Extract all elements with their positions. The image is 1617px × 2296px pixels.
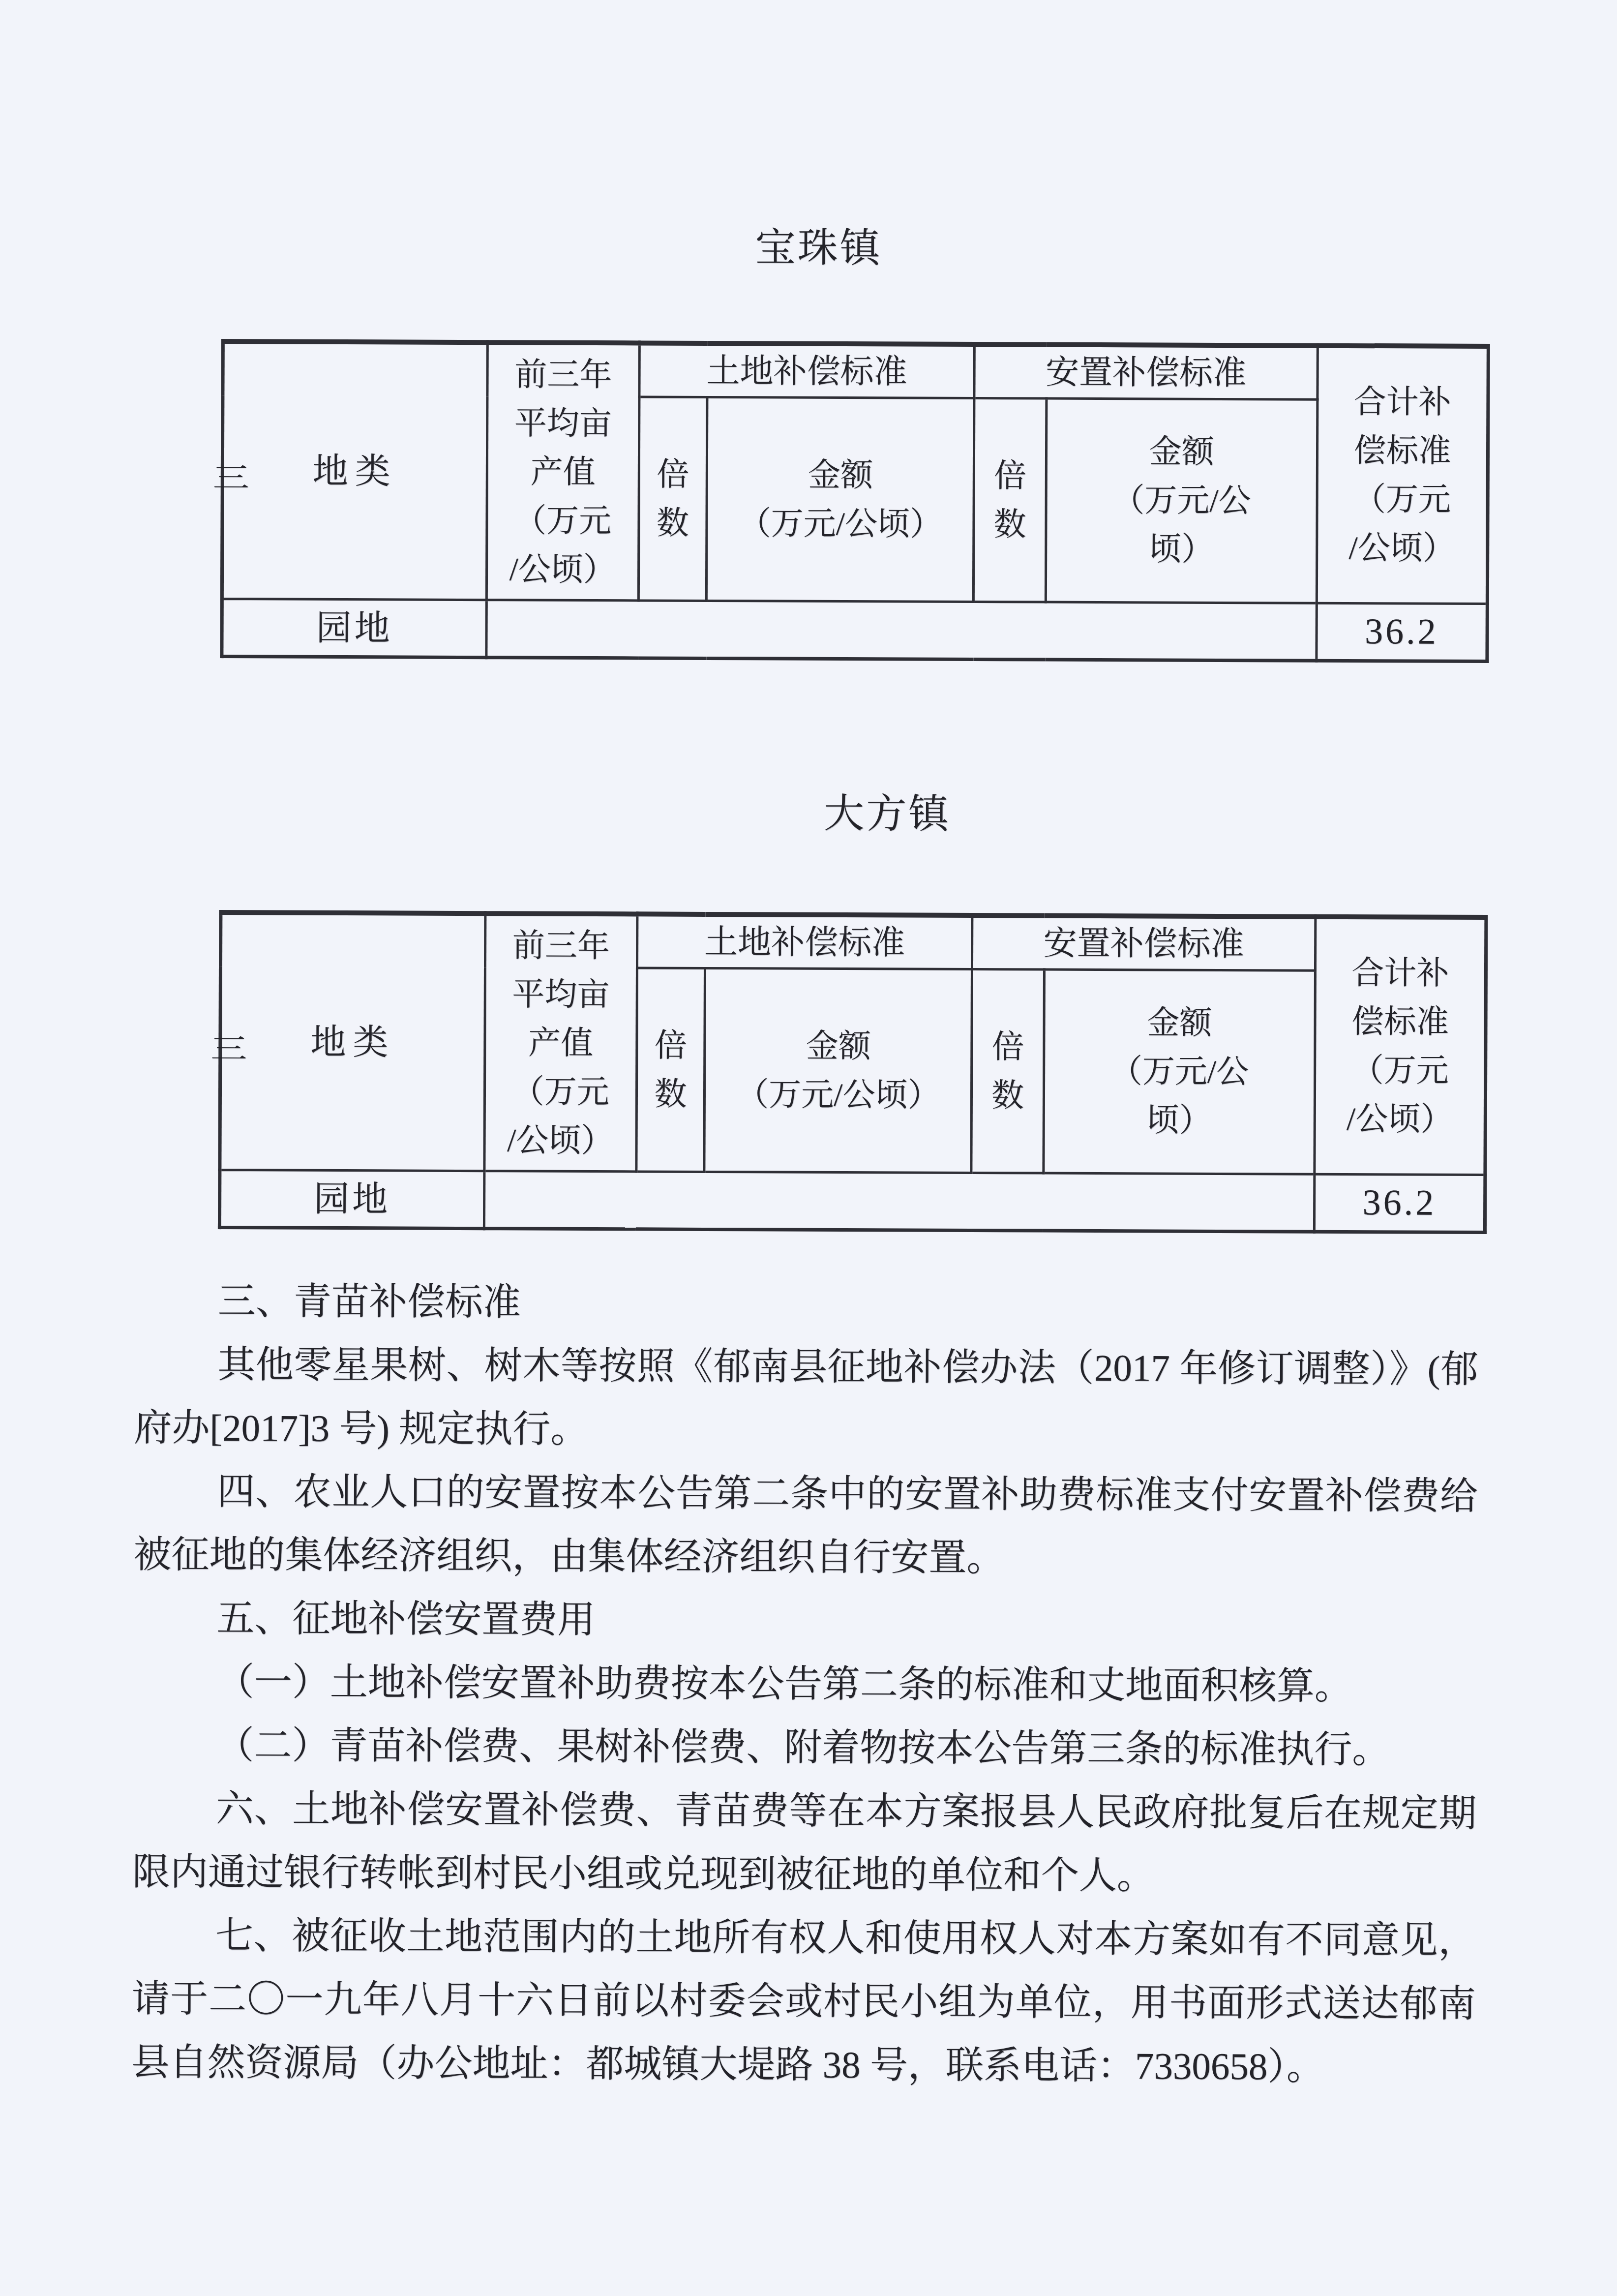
table-row-yuandi: 园地 36.2 — [219, 1170, 1485, 1233]
header-amount-land: 金额 （万元/公顷） — [707, 397, 974, 602]
header-land-type: 地类 — [222, 341, 487, 600]
header-multiplier-land: 倍 数 — [638, 397, 708, 601]
scanned-document-page: 宝珠镇 三 地类 前三年 平均亩 产值 （万元 /公顷） 土地补偿标准 安置补偿… — [0, 0, 1617, 2296]
compensation-table-baozhu: 地类 前三年 平均亩 产值 （万元 /公顷） 土地补偿标准 安置补偿标准 合计补… — [220, 339, 1490, 663]
text-line: 请于二〇一九年八月十六日前以村委会或村民小组为单位，用书面形式送达郁南 — [132, 1967, 1476, 2035]
header-multiplier-resettle: 倍 数 — [971, 969, 1044, 1173]
text-line: 六、土地补偿安置补偿费、青苗费等在本方案报县人民政府批复后在规定期 — [132, 1777, 1476, 1845]
town-title-dafang: 大方镇 — [0, 790, 1615, 837]
compensation-table-section-dafang: 三 地类 前三年 平均亩 产值 （万元 /公顷） 土地补偿标准 安置补偿标准 合… — [218, 910, 1488, 1234]
header-amount-resettle: 金额 （万元/公 顷） — [1046, 398, 1317, 603]
text-line: （一）土地补偿安置补助费按本公告第二条的标准和丈地面积核算。 — [133, 1650, 1477, 1718]
text-line: 三、青苗补偿标准 — [134, 1269, 1478, 1337]
cell-total-value: 36.2 — [1316, 603, 1487, 661]
text-line: 七、被征收土地范围内的土地所有权人和使用权人对本方案如有不同意见， — [132, 1903, 1476, 1972]
margin-note: 三 — [210, 1035, 247, 1063]
header-total-comp: 合计补 偿标准 （万元 /公顷） — [1317, 346, 1488, 604]
cell-land-type: 园地 — [222, 599, 486, 658]
header-total-comp: 合计补 偿标准 （万元 /公顷） — [1314, 917, 1486, 1175]
compensation-table-dafang: 地类 前三年 平均亩 产值 （万元 /公顷） 土地补偿标准 安置补偿标准 合计补… — [218, 910, 1488, 1234]
header-avg-yield: 前三年 平均亩 产值 （万元 /公顷） — [486, 342, 639, 601]
compensation-table-section-baozhu: 三 地类 前三年 平均亩 产值 （万元 /公顷） 土地补偿标准 安置补偿标准 合… — [220, 339, 1490, 663]
header-amount-land: 金额 （万元/公顷） — [704, 968, 972, 1173]
header-land-comp-group: 土地补偿标准 — [637, 914, 972, 969]
header-avg-yield: 前三年 平均亩 产值 （万元 /公顷） — [484, 913, 637, 1172]
town-title-baozhu: 宝珠镇 — [0, 225, 1617, 272]
text-line: 四、农业人口的安置按本公告第二条中的安置补助费标准支付安置补偿费给 — [134, 1459, 1478, 1528]
text-line: 县自然资源局（办公地址：都城镇大堤路 38 号，联系电话：7330658）。 — [131, 2030, 1475, 2099]
body-text: 三、青苗补偿标准 其他零星果树、树木等按照《郁南县征地补偿办法（2017 年修订… — [131, 1269, 1478, 2099]
text-line: 限内通过银行转帐到村民小组或兑现到被征地的单位和个人。 — [132, 1840, 1476, 1908]
text-line: 五、征地补偿安置费用 — [133, 1586, 1477, 1655]
text-line: 被征地的集体经济组织，由集体经济组织自行安置。 — [133, 1523, 1477, 1591]
text-line: （二）青苗补偿费、果树补偿费、附着物按本公告第三条的标准执行。 — [133, 1713, 1477, 1782]
header-resettle-comp-group: 安置补偿标准 — [972, 915, 1316, 970]
table-row-yuandi: 园地 36.2 — [222, 599, 1487, 662]
text-line: 其他零星果树、树木等按照《郁南县征地补偿办法（2017 年修订调整）》(郁 — [134, 1332, 1478, 1401]
cell-empty-middle — [484, 1171, 1314, 1232]
text-line: 府办[2017]3 号) 规定执行。 — [134, 1396, 1478, 1464]
margin-note: 三 — [213, 464, 249, 492]
header-land-comp-group: 土地补偿标准 — [639, 343, 974, 398]
header-resettle-comp-group: 安置补偿标准 — [974, 344, 1318, 399]
cell-empty-middle — [486, 600, 1317, 661]
header-amount-resettle: 金额 （万元/公 顷） — [1044, 969, 1315, 1174]
header-land-type: 地类 — [220, 912, 485, 1171]
header-multiplier-land: 倍 数 — [636, 968, 705, 1172]
cell-total-value: 36.2 — [1314, 1174, 1485, 1232]
cell-land-type: 园地 — [219, 1170, 484, 1229]
header-multiplier-resettle: 倍 数 — [974, 398, 1047, 603]
